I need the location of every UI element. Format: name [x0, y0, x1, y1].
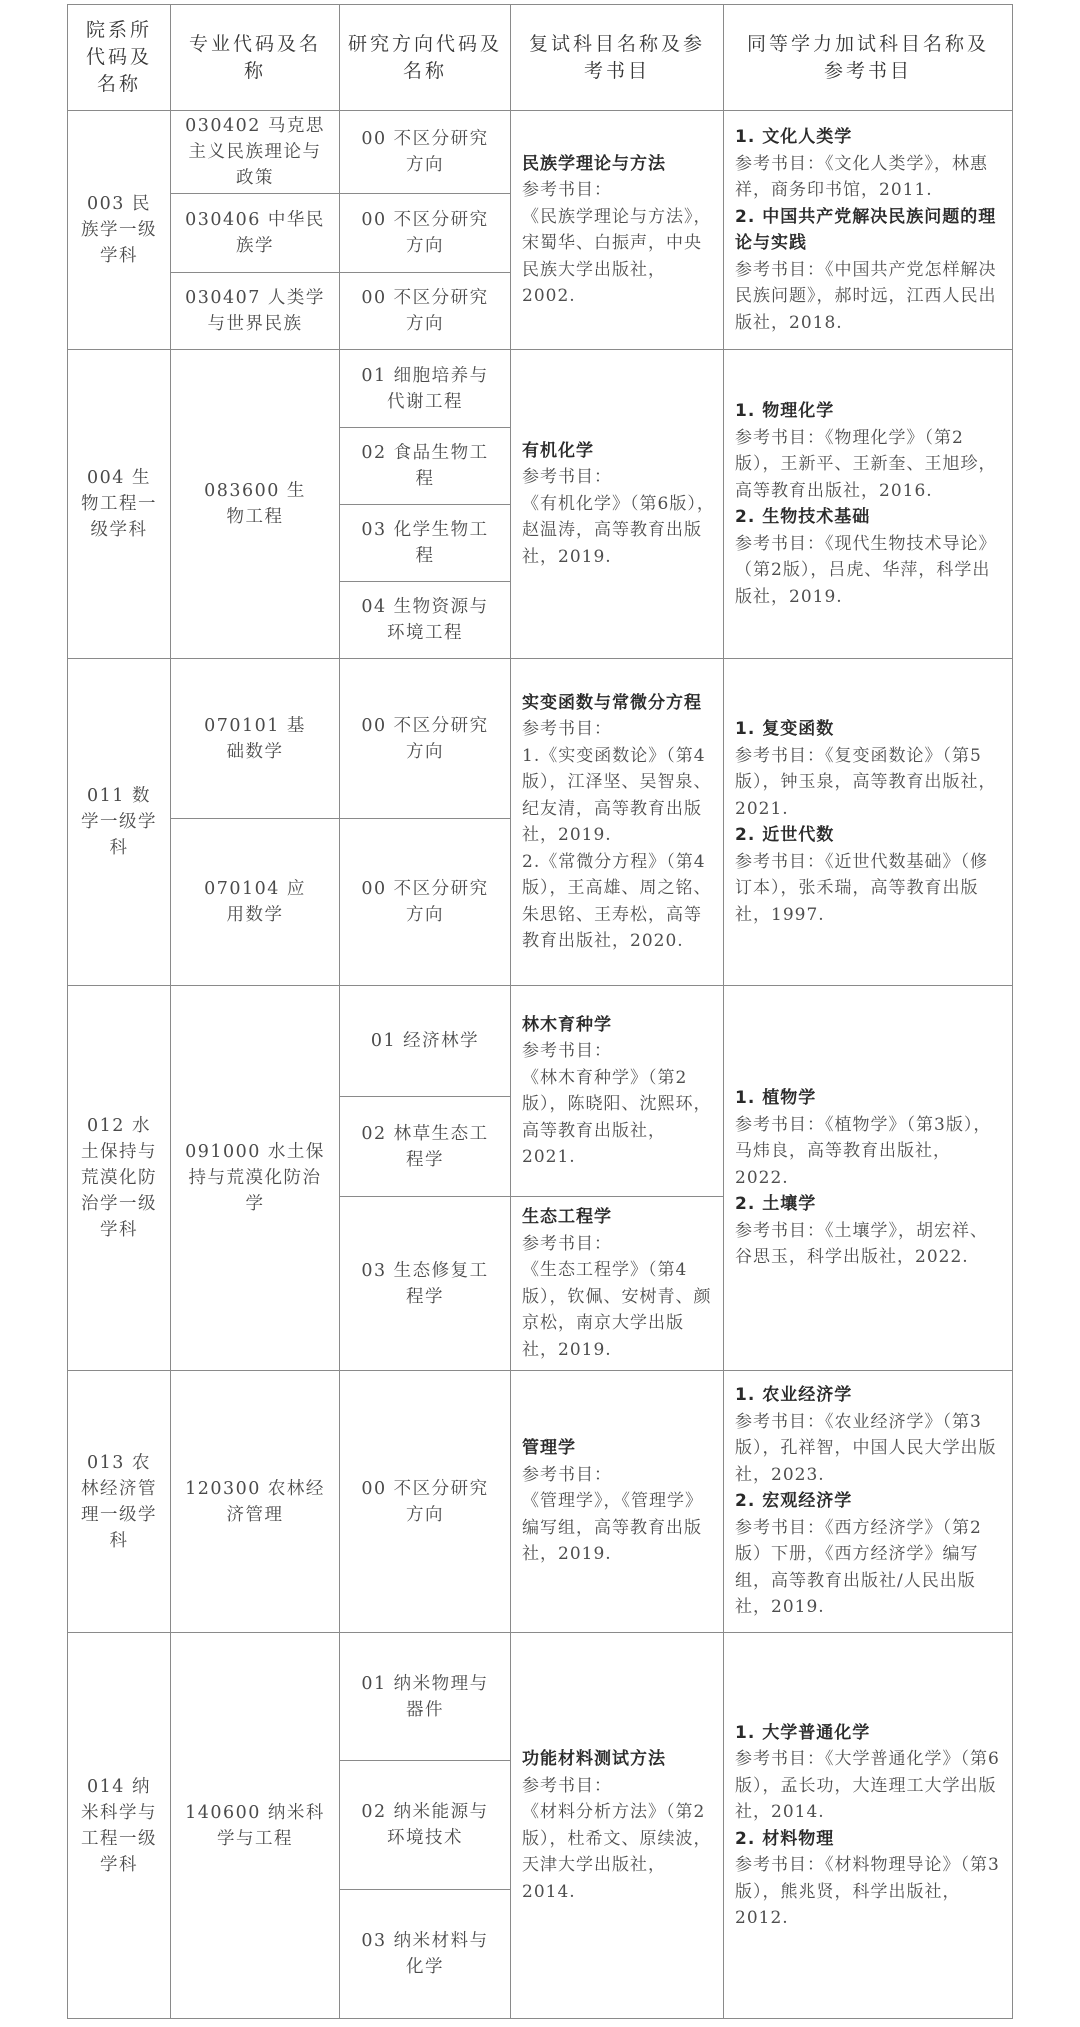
- ref-text: 参考书目：《农业经济学》（第3版），孔祥智，中国人民大学出版社，2023.: [735, 1409, 1004, 1489]
- ref-text: 《林木育种学》（第2版），陈晓阳、沈熙环，高等教育出版社，2021.: [522, 1065, 715, 1171]
- ref-text: 参考书目：《大学普通化学》（第6版），孟长功，大连理工大学出版社，2014.: [735, 1746, 1004, 1826]
- direction-label: 01 纳米物理与器件: [355, 1671, 495, 1723]
- ref-label: 参考书目：: [522, 464, 715, 491]
- direction-label: 00 不区分研究方向: [355, 126, 495, 178]
- major-label: 030402 马克思主义民族理论与政策: [185, 113, 325, 191]
- retest-subject: 有机化学: [522, 438, 715, 465]
- equivalent-subject: 1. 复变函数: [735, 716, 1004, 743]
- ref-text: 参考书目：《现代生物技术导论》（第2版），吕虎、华萍，科学出版社，2019.: [735, 531, 1004, 611]
- direction-label: 03 纳米材料与化学: [355, 1928, 495, 1980]
- dept-label: 012 水土保持与荒漠化防治学一级学科: [78, 1113, 160, 1243]
- direction-cell: 00 不区分研究方向: [339, 818, 511, 986]
- retest-subject: 生态工程学: [522, 1204, 715, 1231]
- direction-label: 03 生态修复工程学: [355, 1258, 495, 1310]
- retest-cell: 生态工程学 参考书目： 《生态工程学》（第4版），钦佩、安树青、颜京松，南京大学…: [510, 1196, 724, 1371]
- direction-cell: 00 不区分研究方向: [339, 1370, 511, 1633]
- major-cell: 091000 水土保持与荒漠化防治学: [170, 985, 340, 1371]
- major-cell: 083600 生物工程: [170, 349, 340, 659]
- direction-cell: 02 林草生态工程学: [339, 1096, 511, 1197]
- ref-text: 《有机化学》（第6版），赵温涛，高等教育出版社，2019.: [522, 491, 715, 571]
- retest-cell: 有机化学 参考书目： 《有机化学》（第6版），赵温涛，高等教育出版社，2019.: [510, 349, 724, 659]
- direction-cell: 00 不区分研究方向: [339, 272, 511, 350]
- ref-label: 参考书目：: [522, 1231, 715, 1258]
- retest-cell: 实变函数与常微分方程 参考书目： 1.《实变函数论》（第4版），江泽坚、吴智泉、…: [510, 658, 724, 986]
- ref-text: 参考书目：《土壤学》，胡宏祥、谷思玉，科学出版社，2022.: [735, 1218, 1004, 1271]
- equivalent-cell: 1. 大学普通化学 参考书目：《大学普通化学》（第6版），孟长功，大连理工大学出…: [723, 1632, 1013, 2019]
- direction-label: 02 纳米能源与环境技术: [355, 1799, 495, 1851]
- dept-cell: 012 水土保持与荒漠化防治学一级学科: [67, 985, 171, 1371]
- dept-cell: 014 纳米科学与工程一级学科: [67, 1632, 171, 2019]
- direction-label: 00 不区分研究方向: [355, 1476, 495, 1528]
- ref-text: 参考书目：《近世代数基础》（修订本），张禾瑞，高等教育出版社，1997.: [735, 849, 1004, 929]
- equivalent-subject: 2. 近世代数: [735, 822, 1004, 849]
- retest-cell: 民族学理论与方法 参考书目： 《民族学理论与方法》，宋蜀华、白振声，中央民族大学…: [510, 110, 724, 350]
- dept-label: 014 纳米科学与工程一级学科: [78, 1774, 160, 1878]
- dept-label: 011 数学一级学科: [78, 783, 160, 861]
- equivalent-subject: 2. 中国共产党解决民族问题的理论与实践: [735, 204, 1004, 257]
- equivalent-cell: 1. 物理化学 参考书目：《物理化学》（第2版），王新平、王新奎、王旭珍，高等教…: [723, 349, 1013, 659]
- ref-text: 参考书目：《植物学》（第3版），马炜良，高等教育出版社，2022.: [735, 1112, 1004, 1192]
- direction-label: 00 不区分研究方向: [355, 713, 495, 765]
- direction-cell: 04 生物资源与环境工程: [339, 581, 511, 659]
- header-major-label: 专业代码及名称: [180, 31, 330, 85]
- major-label: 091000 水土保持与荒漠化防治学: [185, 1139, 325, 1217]
- direction-cell: 01 纳米物理与器件: [339, 1632, 511, 1761]
- major-label: 140600 纳米科学与工程: [185, 1800, 325, 1852]
- retest-subject: 功能材料测试方法: [522, 1746, 715, 1773]
- major-label: 070101 基础数学: [195, 713, 315, 765]
- ref-text: 2.《常微分方程》（第4版），王高雄、周之铭、朱思铭、王寿松，高等教育出版社，2…: [522, 849, 715, 955]
- equivalent-subject: 1. 植物学: [735, 1085, 1004, 1112]
- equivalent-subject: 1. 农业经济学: [735, 1382, 1004, 1409]
- retest-cell: 管理学 参考书目： 《管理学》，《管理学》编写组，高等教育出版社，2019.: [510, 1370, 724, 1633]
- header-retest: 复试科目名称及参考书目: [510, 4, 724, 111]
- equivalent-subject: 1. 文化人类学: [735, 124, 1004, 151]
- ref-text: 《民族学理论与方法》，宋蜀华、白振声，中央民族大学出版社，2002.: [522, 204, 715, 310]
- ref-text: 参考书目：《中国共产党怎样解决民族问题》，郝时远，江西人民出版社，2018.: [735, 257, 1004, 337]
- dept-cell: 004 生物工程一级学科: [67, 349, 171, 659]
- retest-subject: 民族学理论与方法: [522, 151, 715, 178]
- major-label: 030406 中华民族学: [185, 207, 325, 259]
- header-dept-label: 院系所代码及名称: [84, 17, 154, 98]
- major-cell: 120300 农林经济管理: [170, 1370, 340, 1633]
- direction-label: 00 不区分研究方向: [355, 876, 495, 928]
- equivalent-cell: 1. 农业经济学 参考书目：《农业经济学》（第3版），孔祥智，中国人民大学出版社…: [723, 1370, 1013, 1633]
- major-cell: 070101 基础数学: [170, 658, 340, 819]
- ref-text: 1.《实变函数论》（第4版），江泽坚、吴智泉、纪友清，高等教育出版社，2019.: [522, 743, 715, 849]
- dept-cell: 013 农林经济管理一级学科: [67, 1370, 171, 1633]
- ref-text: 《生态工程学》（第4版），钦佩、安树青、颜京松，南京大学出版社，2019.: [522, 1257, 715, 1363]
- equivalent-cell: 1. 复变函数 参考书目：《复变函数论》（第5版），钟玉泉，高等教育出版社，20…: [723, 658, 1013, 986]
- direction-label: 00 不区分研究方向: [355, 207, 495, 259]
- retest-subject: 管理学: [522, 1435, 715, 1462]
- equivalent-subject: 2. 材料物理: [735, 1826, 1004, 1853]
- direction-cell: 01 经济林学: [339, 985, 511, 1097]
- direction-cell: 03 生态修复工程学: [339, 1196, 511, 1371]
- major-cell: 140600 纳米科学与工程: [170, 1632, 340, 2019]
- major-label: 083600 生物工程: [195, 478, 315, 530]
- ref-text: 参考书目：《物理化学》（第2版），王新平、王新奎、王旭珍，高等教育出版社，201…: [735, 425, 1004, 505]
- dept-cell: 003 民族学一级学科: [67, 110, 171, 350]
- direction-cell: 03 纳米材料与化学: [339, 1889, 511, 2019]
- retest-subject: 实变函数与常微分方程: [522, 690, 715, 717]
- header-direction: 研究方向代码及名称: [339, 4, 511, 111]
- direction-cell: 00 不区分研究方向: [339, 658, 511, 819]
- header-equivalent-label: 同等学力加试科目名称及参考书目: [738, 31, 998, 85]
- ref-label: 参考书目：: [522, 1773, 715, 1800]
- dept-cell: 011 数学一级学科: [67, 658, 171, 986]
- equivalent-subject: 1. 大学普通化学: [735, 1720, 1004, 1747]
- dept-label: 004 生物工程一级学科: [78, 465, 160, 543]
- major-cell: 030402 马克思主义民族理论与政策: [170, 110, 340, 194]
- major-label: 120300 农林经济管理: [185, 1476, 325, 1528]
- major-label: 070104 应用数学: [195, 876, 315, 928]
- ref-text: 参考书目：《文化人类学》，林惠祥，商务印书馆，2011.: [735, 151, 1004, 204]
- ref-text: 参考书目：《材料物理导论》（第3版），熊兆贤，科学出版社，2012.: [735, 1852, 1004, 1932]
- equivalent-subject: 2. 生物技术基础: [735, 504, 1004, 531]
- major-cell: 070104 应用数学: [170, 818, 340, 986]
- equivalent-cell: 1. 植物学 参考书目：《植物学》（第3版），马炜良，高等教育出版社，2022.…: [723, 985, 1013, 1371]
- equivalent-subject: 1. 物理化学: [735, 398, 1004, 425]
- ref-text: 《材料分析方法》（第2版），杜希文、原续波，天津大学出版社，2014.: [522, 1799, 715, 1905]
- direction-label: 02 林草生态工程学: [355, 1121, 495, 1173]
- equivalent-subject: 2. 土壤学: [735, 1191, 1004, 1218]
- header-direction-label: 研究方向代码及名称: [347, 31, 503, 85]
- equivalent-cell: 1. 文化人类学 参考书目：《文化人类学》，林惠祥，商务印书馆，2011. 2.…: [723, 110, 1013, 350]
- ref-label: 参考书目：: [522, 1462, 715, 1489]
- direction-cell: 02 纳米能源与环境技术: [339, 1760, 511, 1890]
- equivalent-subject: 2. 宏观经济学: [735, 1488, 1004, 1515]
- ref-label: 参考书目：: [522, 716, 715, 743]
- dept-label: 013 农林经济管理一级学科: [78, 1450, 160, 1554]
- header-major: 专业代码及名称: [170, 4, 340, 111]
- direction-label: 00 不区分研究方向: [355, 285, 495, 337]
- direction-label: 01 经济林学: [355, 1028, 495, 1054]
- major-cell: 030407 人类学与世界民族: [170, 272, 340, 350]
- direction-label: 04 生物资源与环境工程: [355, 594, 495, 646]
- ref-label: 参考书目：: [522, 1038, 715, 1065]
- retest-subject: 林木育种学: [522, 1012, 715, 1039]
- direction-cell: 03 化学生物工程: [339, 504, 511, 582]
- header-dept: 院系所代码及名称: [67, 4, 171, 111]
- ref-text: 参考书目：《西方经济学》（第2版）下册，《西方经济学》编写组，高等教育出版社/人…: [735, 1515, 1004, 1621]
- direction-cell: 02 食品生物工程: [339, 427, 511, 505]
- direction-label: 01 细胞培养与代谢工程: [355, 363, 495, 415]
- direction-label: 02 食品生物工程: [355, 440, 495, 492]
- ref-label: 参考书目：: [522, 177, 715, 204]
- retest-cell: 林木育种学 参考书目： 《林木育种学》（第2版），陈晓阳、沈熙环，高等教育出版社…: [510, 985, 724, 1197]
- header-retest-label: 复试科目名称及参考书目: [522, 31, 712, 85]
- direction-cell: 01 细胞培养与代谢工程: [339, 349, 511, 428]
- retest-cell: 功能材料测试方法 参考书目： 《材料分析方法》（第2版），杜希文、原续波，天津大…: [510, 1632, 724, 2019]
- major-label: 030407 人类学与世界民族: [185, 285, 325, 337]
- major-cell: 030406 中华民族学: [170, 193, 340, 273]
- direction-cell: 00 不区分研究方向: [339, 193, 511, 273]
- ref-text: 参考书目：《复变函数论》（第5版），钟玉泉，高等教育出版社，2021.: [735, 743, 1004, 823]
- header-equivalent: 同等学力加试科目名称及参考书目: [723, 4, 1013, 111]
- dept-label: 003 民族学一级学科: [78, 191, 160, 269]
- ref-text: 《管理学》，《管理学》编写组，高等教育出版社，2019.: [522, 1488, 715, 1568]
- direction-cell: 00 不区分研究方向: [339, 110, 511, 194]
- direction-label: 03 化学生物工程: [355, 517, 495, 569]
